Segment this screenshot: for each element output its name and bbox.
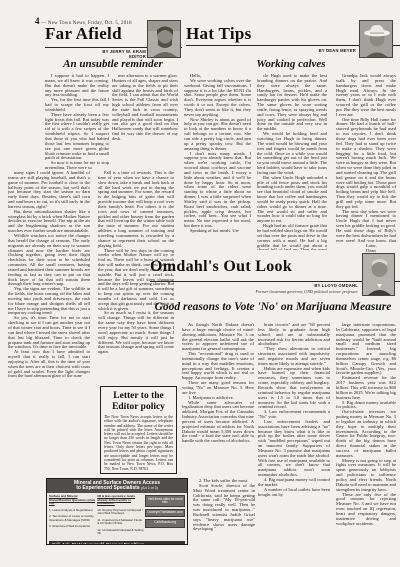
kram-portrait-photo	[147, 20, 181, 58]
letter-policy-title: Letter to the Editor policy	[104, 391, 173, 412]
omdahl-col2: brain circuits" and are "60 percent less…	[258, 323, 330, 545]
ad-left-list-header: Surface and Mineral Owner/Rancher Questi…	[49, 495, 95, 506]
meyer-portrait-photo	[359, 20, 393, 58]
ad-site-link-2[interactable]: CaltoBonds.org	[145, 519, 185, 528]
far-afield-title: Far Afield	[45, 24, 122, 44]
ad-mid-list-header: Oil & Gas operators: lands already drill…	[97, 495, 143, 506]
letter-policy-body: The New Town News accepts letters to the…	[104, 415, 173, 471]
omdahl-col3: large interstate corporations. In Califo…	[336, 323, 396, 545]
ad-sites-panel: Visit these sites for more info: DooleyI…	[145, 495, 185, 539]
hat-tips-byline: BY DEAN MEYER	[270, 48, 356, 53]
ad-count: (Ad 2 of 3)	[141, 486, 158, 490]
law-firm-ad: Mineral and Surface Owners Access to Exp…	[46, 478, 188, 545]
ad-left-items: 1. Lease Analysis & Negotiations2. Termi…	[49, 509, 95, 529]
omdahl-portrait-illustration	[363, 254, 395, 296]
letter-policy-box: Letter to the Editor policy The New Town…	[100, 386, 177, 474]
hat-tips-col3: Grandpa Jack would always walk by and pr…	[336, 74, 396, 242]
ad-body: Surface and Mineral Owner/Rancher Questi…	[47, 493, 187, 540]
ad-header: Mineral and Surface Owners Access to Exp…	[47, 479, 187, 493]
hat-tips-col2: cle Hugh used to make the best branding …	[257, 74, 327, 250]
meyer-portrait-illustration	[360, 21, 393, 58]
hat-tips-headline: Working calves	[186, 58, 396, 70]
ad-visit-label: Visit these sites for more info:	[145, 495, 185, 507]
kram-portrait-illustration	[148, 21, 181, 58]
ad-left-list: Surface and Mineral Owner/Rancher Questi…	[49, 495, 95, 539]
omdahl-byline-sub: Former lieutenant governor, UND politica…	[180, 289, 358, 294]
omdahl-col1-continued: 2. The kids suffer the most.Scott Sowle,…	[193, 479, 255, 543]
hat-tips-col1: Hello,We were working calves over the we…	[184, 74, 251, 250]
omdahl-col1: As though North Dakota doesn't have a la…	[182, 323, 254, 476]
omdahl-title: Omdahl's Out Look	[150, 258, 292, 276]
newspaper-page: 4 — New Town News, Friday, Oct. 5, 2018 …	[0, 0, 400, 567]
ad-cta-bar: Call, Ask, Protect yourself. Recover Roy…	[49, 541, 185, 545]
far-afield-headline: An unsubtle reminder	[45, 58, 181, 70]
far-afield-col2-bottom: Fall is a time of rewards. This is the t…	[98, 171, 174, 383]
omdahl-headline: Good reasons to Vote 'No' on Marijuana M…	[150, 301, 396, 313]
ad-site-link-1[interactable]: DooleyInTheBakken.com	[145, 509, 185, 518]
far-afield-col2-top: mer afternoon to a warmer glow. Hunters …	[112, 74, 178, 169]
ad-mid-items: 10. Royalty Payments Underpaid / Joint W…	[97, 509, 143, 536]
hat-tips-signoff: Later, Dean	[366, 243, 377, 253]
omdahl-byline: BY LLOYD OMDAHL	[240, 283, 358, 288]
far-afield-col1-top: I suppose it had to happen. I mean, we a…	[45, 74, 109, 169]
hat-tips-title: Hat Tips	[186, 24, 252, 44]
page-number: 4	[35, 16, 40, 26]
omdahl-portrait-photo	[362, 253, 395, 296]
ad-mid-list: Oil & Gas operators: lands already drill…	[97, 495, 143, 539]
far-afield-col1-bottom: many signs I could ignore. A handful of …	[8, 171, 90, 476]
